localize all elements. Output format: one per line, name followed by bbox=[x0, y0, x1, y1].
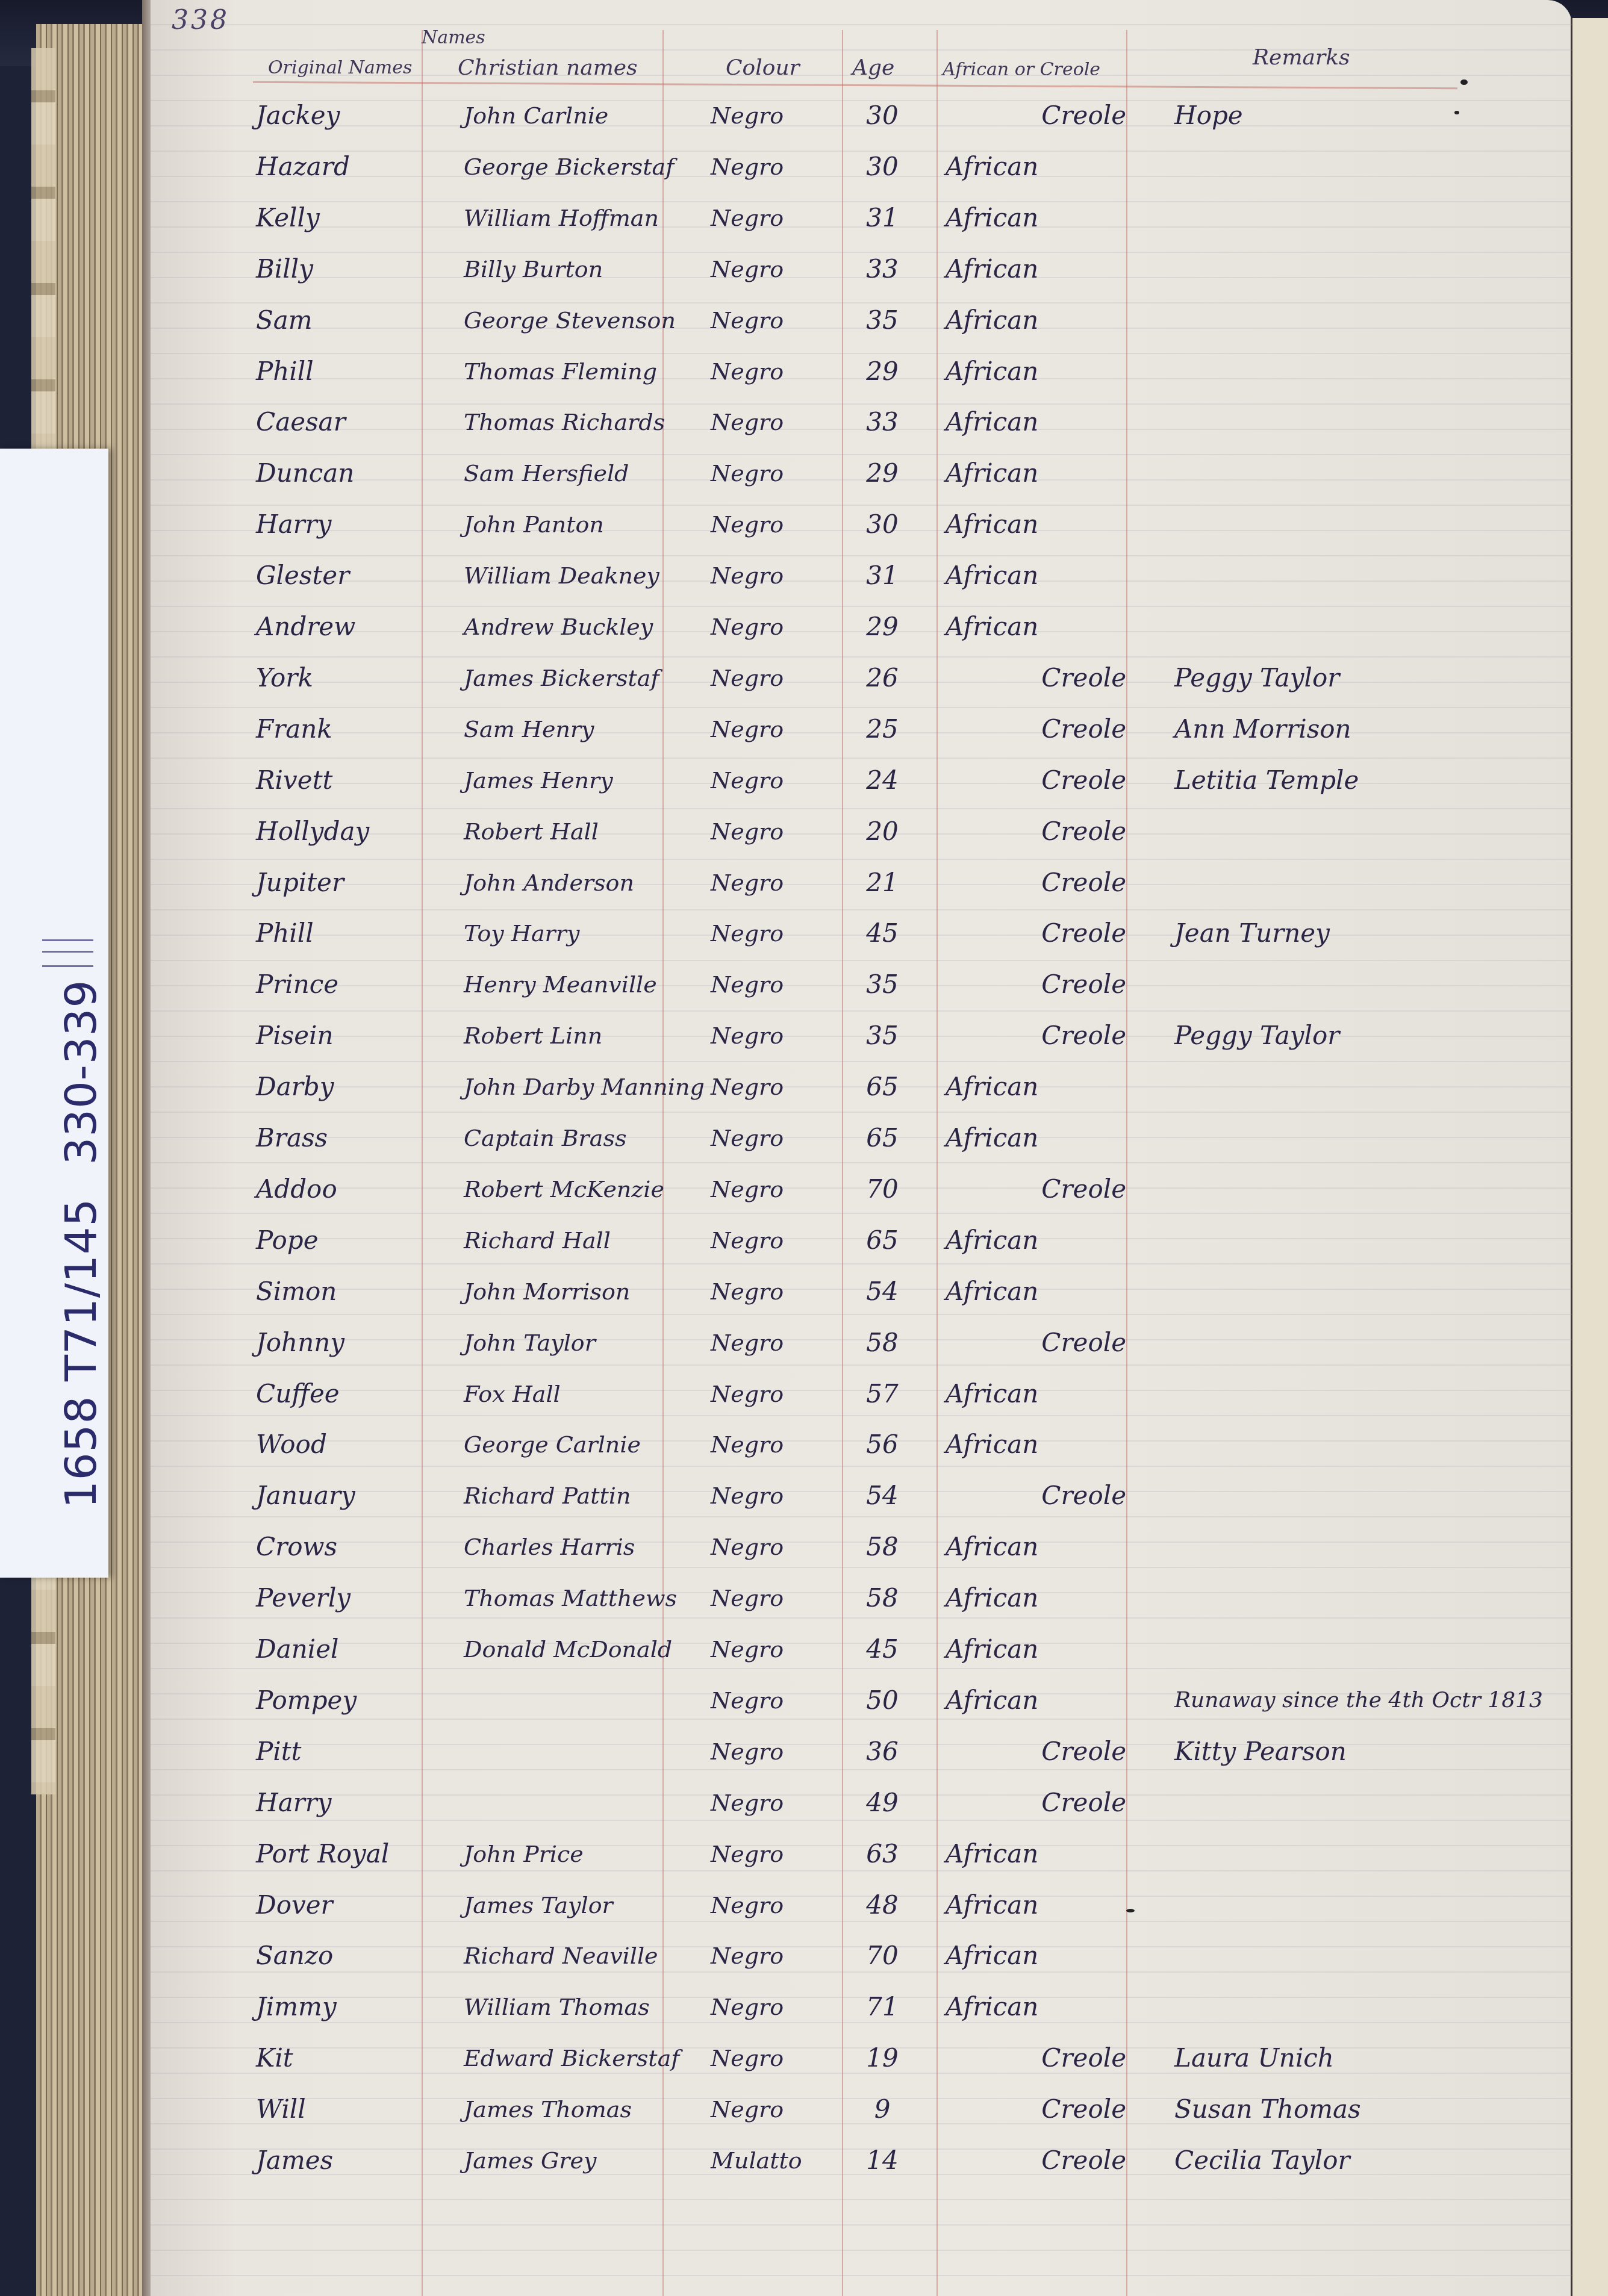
age-cell: 21 bbox=[849, 859, 915, 907]
colour-cell: Negro bbox=[711, 2034, 784, 2082]
original-name-cell: January bbox=[256, 1472, 355, 1520]
remarks-cell: Kitty Pearson bbox=[1174, 1728, 1347, 1776]
christian-name-cell: Captain Brass bbox=[464, 1114, 626, 1162]
original-name-cell: Wood bbox=[256, 1420, 327, 1469]
age-cell: 19 bbox=[849, 2034, 915, 2082]
original-name-cell: Port Royal bbox=[256, 1830, 389, 1878]
register-row: BrassCaptain BrassNegro65African bbox=[0, 1114, 1608, 1162]
remarks-cell: Hope bbox=[1174, 92, 1243, 140]
original-name-cell: Jupiter bbox=[256, 859, 344, 907]
origin-cell: Creole bbox=[946, 2034, 1126, 2082]
register-row: FrankSam HenryNegro25CreoleAnn Morrison bbox=[0, 705, 1608, 753]
original-name-cell: Crows bbox=[256, 1523, 337, 1571]
register-row: PittNegro36CreoleKitty Pearson bbox=[0, 1728, 1608, 1776]
register-row: BillyBilly BurtonNegro33African bbox=[0, 245, 1608, 293]
colour-cell: Negro bbox=[711, 1319, 784, 1367]
christian-name-cell: Richard Hall bbox=[464, 1216, 611, 1265]
christian-name-cell: Sam Henry bbox=[464, 705, 594, 753]
original-name-cell: Sam bbox=[256, 296, 313, 344]
register-row: KellyWilliam HoffmanNegro31African bbox=[0, 194, 1608, 242]
christian-name-cell: John Panton bbox=[464, 500, 604, 549]
colour-cell: Negro bbox=[711, 1881, 784, 1929]
age-cell: 54 bbox=[849, 1472, 915, 1520]
age-cell: 29 bbox=[849, 347, 915, 396]
colour-cell: Negro bbox=[711, 1268, 784, 1316]
christian-name-cell: William Deakney bbox=[464, 552, 659, 600]
colour-cell: Negro bbox=[711, 1625, 784, 1673]
ink-blot bbox=[1460, 79, 1468, 85]
original-name-cell: Glester bbox=[256, 552, 349, 600]
original-name-cell: Caesar bbox=[256, 398, 346, 446]
archive-reference: 1658 T71/145 bbox=[55, 1198, 106, 1508]
original-name-cell: Dover bbox=[256, 1881, 333, 1929]
register-row: JackeyJohn CarlnieNegro30CreoleHope bbox=[0, 92, 1608, 140]
age-cell: 48 bbox=[849, 1881, 915, 1929]
age-cell: 63 bbox=[849, 1830, 915, 1878]
age-cell: 70 bbox=[849, 1932, 915, 1980]
colour-cell: Negro bbox=[711, 1420, 784, 1469]
colour-cell: Negro bbox=[711, 1523, 784, 1571]
colour-cell: Negro bbox=[711, 1012, 784, 1060]
original-name-cell: Jackey bbox=[256, 92, 340, 140]
colour-cell: Negro bbox=[711, 1370, 784, 1418]
colour-cell: Negro bbox=[711, 398, 784, 446]
age-cell: 57 bbox=[849, 1370, 915, 1418]
register-row: PompeyNegro50AfricanRunaway since the 4t… bbox=[0, 1676, 1608, 1725]
age-cell: 31 bbox=[849, 194, 915, 242]
colour-cell: Negro bbox=[711, 1983, 784, 2031]
age-cell: 30 bbox=[849, 92, 915, 140]
register-row: DanielDonald McDonaldNegro45African bbox=[0, 1625, 1608, 1673]
remarks-cell: Ann Morrison bbox=[1174, 705, 1351, 753]
colour-cell: Negro bbox=[711, 143, 784, 191]
register-row: PhillToy HarryNegro45CreoleJean Turney bbox=[0, 909, 1608, 957]
origin-cell: Creole bbox=[946, 1472, 1126, 1520]
age-cell: 31 bbox=[849, 552, 915, 600]
christian-name-cell: James Grey bbox=[464, 2136, 596, 2185]
ink-blot bbox=[1126, 1909, 1135, 1912]
christian-name-cell: Sam Hersfield bbox=[464, 449, 629, 497]
origin-cell: African bbox=[946, 1881, 1138, 1929]
remarks-cell: Runaway since the 4th Octr 1813 bbox=[1174, 1676, 1543, 1725]
origin-cell: Creole bbox=[946, 807, 1126, 856]
remarks-cell: Laura Unich bbox=[1174, 2034, 1334, 2082]
age-cell: 24 bbox=[849, 756, 915, 804]
original-name-cell: Frank bbox=[256, 705, 332, 753]
register-row: GlesterWilliam DeakneyNegro31African bbox=[0, 552, 1608, 600]
original-name-cell: Jimmy bbox=[256, 1983, 337, 2031]
colour-cell: Negro bbox=[711, 1114, 784, 1162]
colour-cell: Negro bbox=[711, 859, 784, 907]
christian-name-cell: Richard Neaville bbox=[464, 1932, 658, 1980]
page-range: 330-339 bbox=[55, 980, 106, 1165]
register-row: KitEdward BickerstafNegro19CreoleLaura U… bbox=[0, 2034, 1608, 2082]
christian-name-cell: James Bickerstaf bbox=[464, 654, 659, 702]
colour-cell: Negro bbox=[711, 1728, 784, 1776]
origin-cell: African bbox=[946, 143, 1138, 191]
christian-name-cell: George Stevenson bbox=[464, 296, 676, 344]
register-row: SamGeorge StevensonNegro35African bbox=[0, 296, 1608, 344]
colour-cell: Negro bbox=[711, 500, 784, 549]
original-name-cell: Harry bbox=[256, 500, 332, 549]
archive-reference-slip: 1658 T71/145330-339 bbox=[0, 449, 108, 1578]
christian-name-cell: Edward Bickerstaf bbox=[464, 2034, 679, 2082]
register-row: PeverlyThomas MatthewsNegro58African bbox=[0, 1574, 1608, 1622]
age-cell: 25 bbox=[849, 705, 915, 753]
origin-cell: African bbox=[946, 1523, 1138, 1571]
christian-name-cell: John Morrison bbox=[464, 1268, 630, 1316]
age-cell: 35 bbox=[849, 296, 915, 344]
age-cell: 30 bbox=[849, 143, 915, 191]
age-cell: 65 bbox=[849, 1114, 915, 1162]
colour-cell: Negro bbox=[711, 194, 784, 242]
register-row: YorkJames BickerstafNegro26CreolePeggy T… bbox=[0, 654, 1608, 702]
age-cell: 70 bbox=[849, 1165, 915, 1213]
original-name-cell: Daniel bbox=[256, 1625, 338, 1673]
origin-cell: African bbox=[946, 296, 1138, 344]
origin-cell: African bbox=[946, 1268, 1138, 1316]
christian-name-cell: George Carlnie bbox=[464, 1420, 641, 1469]
origin-cell: African bbox=[946, 245, 1138, 293]
age-cell: 49 bbox=[849, 1779, 915, 1827]
original-name-cell: Andrew bbox=[256, 603, 355, 651]
register-row: CrowsCharles HarrisNegro58African bbox=[0, 1523, 1608, 1571]
age-cell: 58 bbox=[849, 1523, 915, 1571]
christian-name-cell: George Bickerstaf bbox=[464, 143, 674, 191]
slip-tally-mark bbox=[42, 939, 93, 967]
christian-name-cell: Toy Harry bbox=[464, 909, 579, 957]
original-name-cell: Harry bbox=[256, 1779, 332, 1827]
age-cell: 35 bbox=[849, 960, 915, 1009]
register-row: JohnnyJohn TaylorNegro58Creole bbox=[0, 1319, 1608, 1367]
register-row: HazardGeorge BickerstafNegro30African bbox=[0, 143, 1608, 191]
ink-blot bbox=[1454, 111, 1459, 114]
age-cell: 58 bbox=[849, 1319, 915, 1367]
christian-name-cell: James Henry bbox=[464, 756, 613, 804]
origin-cell: African bbox=[946, 1830, 1138, 1878]
colour-cell: Negro bbox=[711, 1216, 784, 1265]
register-row: DuncanSam HersfieldNegro29African bbox=[0, 449, 1608, 497]
christian-name-cell: William Hoffman bbox=[464, 194, 659, 242]
colour-cell: Negro bbox=[711, 92, 784, 140]
original-name-cell: Simon bbox=[256, 1268, 337, 1316]
colour-cell: Negro bbox=[711, 1063, 784, 1111]
register-row: CuffeeFox HallNegro57African bbox=[0, 1370, 1608, 1418]
remarks-cell: Susan Thomas bbox=[1174, 2085, 1361, 2133]
origin-cell: African bbox=[946, 194, 1138, 242]
slip-text: 1658 T71/145330-339 bbox=[55, 980, 106, 1508]
christian-name-cell: John Price bbox=[464, 1830, 584, 1878]
register-row: RivettJames HenryNegro24CreoleLetitia Te… bbox=[0, 756, 1608, 804]
age-cell: 26 bbox=[849, 654, 915, 702]
register-row: HarryJohn PantonNegro30African bbox=[0, 500, 1608, 549]
age-cell: 45 bbox=[849, 909, 915, 957]
age-cell: 58 bbox=[849, 1574, 915, 1622]
christian-name-cell: Charles Harris bbox=[464, 1523, 635, 1571]
origin-cell: African bbox=[946, 1932, 1138, 1980]
original-name-cell: Billy bbox=[256, 245, 313, 293]
christian-name-cell: John Anderson bbox=[464, 859, 634, 907]
col-christian-name: Christian names bbox=[458, 55, 638, 80]
original-name-cell: Brass bbox=[256, 1114, 328, 1162]
christian-name-cell: Thomas Matthews bbox=[464, 1574, 677, 1622]
age-cell: 50 bbox=[849, 1676, 915, 1725]
original-name-cell: Pisein bbox=[256, 1012, 334, 1060]
register-row: HarryNegro49Creole bbox=[0, 1779, 1608, 1827]
original-name-cell: Duncan bbox=[256, 449, 354, 497]
christian-name-cell: John Carlnie bbox=[464, 92, 608, 140]
register-row: PrinceHenry MeanvilleNegro35Creole bbox=[0, 960, 1608, 1009]
origin-cell: African bbox=[946, 1216, 1138, 1265]
colour-cell: Negro bbox=[711, 654, 784, 702]
origin-cell: Creole bbox=[946, 756, 1126, 804]
original-name-cell: James bbox=[256, 2136, 333, 2185]
original-name-cell: Prince bbox=[256, 960, 338, 1009]
age-cell: 9 bbox=[849, 2085, 915, 2133]
origin-cell: Creole bbox=[946, 92, 1126, 140]
register-row: Port RoyalJohn PriceNegro63African bbox=[0, 1830, 1608, 1878]
christian-name-cell: Billy Burton bbox=[464, 245, 603, 293]
colour-cell: Negro bbox=[711, 603, 784, 651]
register-row: JimmyWilliam ThomasNegro71African bbox=[0, 1983, 1608, 2031]
remarks-cell: Cecilia Taylor bbox=[1174, 2136, 1350, 2185]
remarks-cell: Peggy Taylor bbox=[1174, 1012, 1339, 1060]
register-row: SimonJohn MorrisonNegro54African bbox=[0, 1268, 1608, 1316]
christian-name-cell: Donald McDonald bbox=[464, 1625, 672, 1673]
original-name-cell: Phill bbox=[256, 909, 314, 957]
age-cell: 35 bbox=[849, 1012, 915, 1060]
col-remarks: Remarks bbox=[1253, 45, 1350, 70]
origin-cell: Creole bbox=[946, 1728, 1126, 1776]
age-cell: 29 bbox=[849, 603, 915, 651]
christian-name-cell: John Taylor bbox=[464, 1319, 596, 1367]
christian-name-cell: Fox Hall bbox=[464, 1370, 561, 1418]
origin-cell: African bbox=[946, 1420, 1138, 1469]
names-group-label: Names bbox=[422, 27, 485, 48]
age-cell: 33 bbox=[849, 398, 915, 446]
register-row: PopeRichard HallNegro65African bbox=[0, 1216, 1608, 1265]
origin-cell: Creole bbox=[946, 1779, 1126, 1827]
origin-cell: Creole bbox=[946, 1165, 1126, 1213]
original-name-cell: Pope bbox=[256, 1216, 319, 1265]
colour-cell: Negro bbox=[711, 1472, 784, 1520]
christian-name-cell: Thomas Richards bbox=[464, 398, 665, 446]
age-cell: 65 bbox=[849, 1063, 915, 1111]
age-cell: 36 bbox=[849, 1728, 915, 1776]
register-row: JamesJames GreyMulatto14CreoleCecilia Ta… bbox=[0, 2136, 1608, 2185]
col-original-name: Original Names bbox=[268, 57, 412, 78]
age-cell: 14 bbox=[849, 2136, 915, 2185]
age-cell: 65 bbox=[849, 1216, 915, 1265]
origin-cell: Creole bbox=[946, 909, 1126, 957]
colour-cell: Negro bbox=[711, 807, 784, 856]
register-row: WillJames ThomasNegro9CreoleSusan Thomas bbox=[0, 2085, 1608, 2133]
colour-cell: Negro bbox=[711, 960, 784, 1009]
remarks-cell: Jean Turney bbox=[1174, 909, 1330, 957]
original-name-cell: Cuffee bbox=[256, 1370, 340, 1418]
colour-cell: Negro bbox=[711, 756, 784, 804]
register-row: WoodGeorge CarlnieNegro56African bbox=[0, 1420, 1608, 1469]
origin-cell: African bbox=[946, 1676, 1138, 1725]
register-row: JanuaryRichard PattinNegro54Creole bbox=[0, 1472, 1608, 1520]
register-row: PiseinRobert LinnNegro35CreolePeggy Tayl… bbox=[0, 1012, 1608, 1060]
register-row: DoverJames TaylorNegro48African bbox=[0, 1881, 1608, 1929]
colour-cell: Negro bbox=[711, 1574, 784, 1622]
col-age: Age bbox=[852, 55, 894, 80]
colour-cell: Negro bbox=[711, 705, 784, 753]
origin-cell: African bbox=[946, 552, 1138, 600]
col-origin: African or Creole bbox=[943, 59, 1100, 80]
age-cell: 54 bbox=[849, 1268, 915, 1316]
original-name-cell: Pompey bbox=[256, 1676, 357, 1725]
original-name-cell: Sanzo bbox=[256, 1932, 333, 1980]
origin-cell: African bbox=[946, 1370, 1138, 1418]
christian-name-cell: Henry Meanville bbox=[464, 960, 657, 1009]
original-name-cell: York bbox=[256, 654, 313, 702]
register-row: JupiterJohn AndersonNegro21Creole bbox=[0, 859, 1608, 907]
christian-name-cell: Robert Hall bbox=[464, 807, 599, 856]
original-name-cell: Addoo bbox=[256, 1165, 337, 1213]
colour-cell: Negro bbox=[711, 245, 784, 293]
origin-cell: Creole bbox=[946, 2085, 1126, 2133]
colour-cell: Negro bbox=[711, 449, 784, 497]
christian-name-cell: Thomas Fleming bbox=[464, 347, 657, 396]
original-name-cell: Darby bbox=[256, 1063, 334, 1111]
colour-cell: Negro bbox=[711, 2085, 784, 2133]
original-name-cell: Phill bbox=[256, 347, 314, 396]
remarks-cell: Letitia Temple bbox=[1174, 756, 1359, 804]
colour-cell: Negro bbox=[711, 1165, 784, 1213]
origin-cell: Creole bbox=[946, 654, 1126, 702]
origin-cell: African bbox=[946, 1574, 1138, 1622]
christian-name-cell: William Thomas bbox=[464, 1983, 650, 2031]
remarks-cell: Peggy Taylor bbox=[1174, 654, 1339, 702]
original-name-cell: Pitt bbox=[256, 1728, 301, 1776]
origin-cell: Creole bbox=[946, 1012, 1126, 1060]
age-cell: 45 bbox=[849, 1625, 915, 1673]
origin-cell: Creole bbox=[946, 859, 1126, 907]
origin-cell: African bbox=[946, 449, 1138, 497]
origin-cell: Creole bbox=[946, 960, 1126, 1009]
origin-cell: Creole bbox=[946, 705, 1126, 753]
colour-cell: Negro bbox=[711, 1779, 784, 1827]
register-row: SanzoRichard NeavilleNegro70African bbox=[0, 1932, 1608, 1980]
age-cell: 29 bbox=[849, 449, 915, 497]
colour-cell: Negro bbox=[711, 296, 784, 344]
origin-cell: African bbox=[946, 398, 1138, 446]
christian-name-cell: Andrew Buckley bbox=[464, 603, 653, 651]
origin-cell: Creole bbox=[946, 2136, 1126, 2185]
original-name-cell: Will bbox=[256, 2085, 306, 2133]
register-row: AndrewAndrew BuckleyNegro29African bbox=[0, 603, 1608, 651]
christian-name-cell: John Darby Manning bbox=[464, 1063, 705, 1111]
origin-cell: African bbox=[946, 1983, 1138, 2031]
colour-cell: Negro bbox=[711, 1830, 784, 1878]
colour-cell: Mulatto bbox=[711, 2136, 802, 2185]
age-cell: 30 bbox=[849, 500, 915, 549]
original-name-cell: Kit bbox=[256, 2034, 293, 2082]
register-row: DarbyJohn Darby ManningNegro65African bbox=[0, 1063, 1608, 1111]
register-row: PhillThomas FlemingNegro29African bbox=[0, 347, 1608, 396]
register-row: CaesarThomas RichardsNegro33African bbox=[0, 398, 1608, 446]
colour-cell: Negro bbox=[711, 552, 784, 600]
christian-name-cell: Richard Pattin bbox=[464, 1472, 631, 1520]
age-cell: 20 bbox=[849, 807, 915, 856]
christian-name-cell: Robert Linn bbox=[464, 1012, 602, 1060]
origin-cell: African bbox=[946, 1063, 1138, 1111]
original-name-cell: Johnny bbox=[256, 1319, 344, 1367]
page-number: 338 bbox=[172, 5, 229, 36]
origin-cell: Creole bbox=[946, 1319, 1126, 1367]
christian-name-cell: Robert McKenzie bbox=[464, 1165, 664, 1213]
age-cell: 56 bbox=[849, 1420, 915, 1469]
register-row: AddooRobert McKenzieNegro70Creole bbox=[0, 1165, 1608, 1213]
colour-cell: Negro bbox=[711, 909, 784, 957]
origin-cell: African bbox=[946, 1114, 1138, 1162]
origin-cell: African bbox=[946, 500, 1138, 549]
origin-cell: African bbox=[946, 1625, 1138, 1673]
original-name-cell: Hollyday bbox=[256, 807, 369, 856]
christian-name-cell: James Taylor bbox=[464, 1881, 613, 1929]
age-cell: 33 bbox=[849, 245, 915, 293]
colour-cell: Negro bbox=[711, 347, 784, 396]
origin-cell: African bbox=[946, 347, 1138, 396]
colour-cell: Negro bbox=[711, 1932, 784, 1980]
register-row: HollydayRobert HallNegro20Creole bbox=[0, 807, 1608, 856]
original-name-cell: Rivett bbox=[256, 756, 332, 804]
original-name-cell: Hazard bbox=[256, 143, 350, 191]
original-name-cell: Peverly bbox=[256, 1574, 351, 1622]
col-colour: Colour bbox=[726, 55, 800, 80]
colour-cell: Negro bbox=[711, 1676, 784, 1725]
age-cell: 71 bbox=[849, 1983, 915, 2031]
christian-name-cell: James Thomas bbox=[464, 2085, 632, 2133]
original-name-cell: Kelly bbox=[256, 194, 320, 242]
origin-cell: African bbox=[946, 603, 1138, 651]
